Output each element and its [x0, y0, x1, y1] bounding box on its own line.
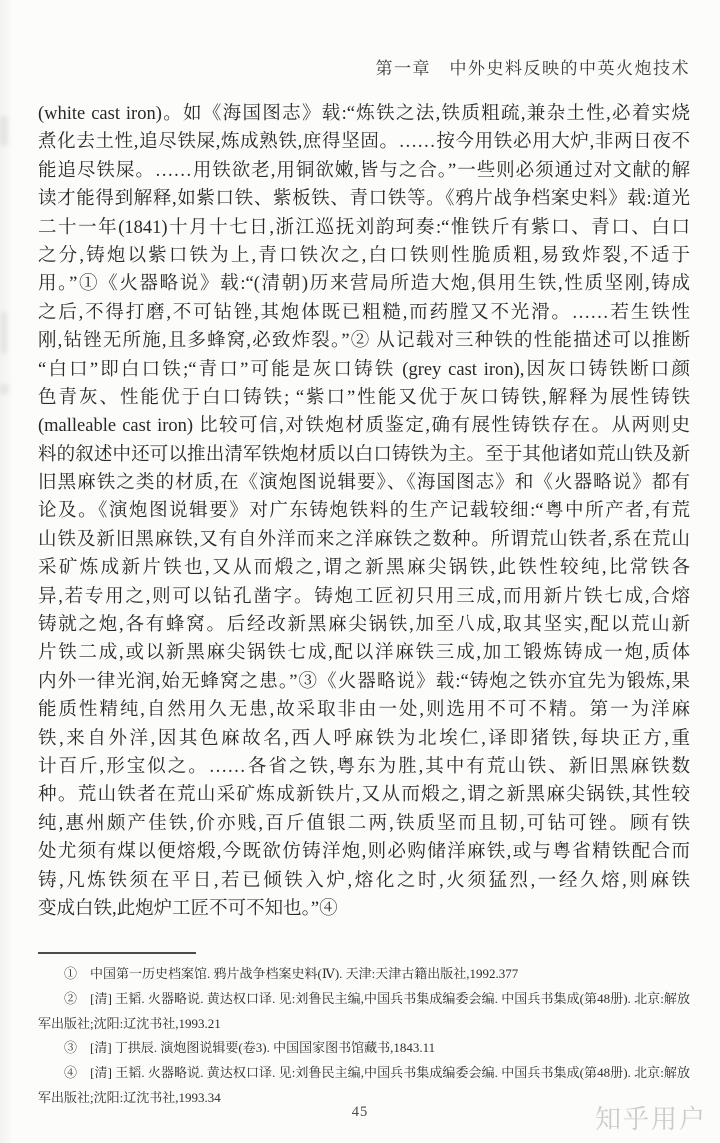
body-text-line: 料的叙述中还可以推出清军铁炮材质以白口铸铁为主。至于其他诸如荒山铁及新: [38, 441, 690, 469]
body-text-line: 铸就之炮,各有蜂窝。后经改新黑麻尖锅铁,加至八成,取其坚实,配以荒山新: [38, 611, 690, 639]
body-text-line: 旧黑麻铁之类的材质,在《演炮图说辑要》、《海国图志》和《火器略说》都有: [38, 469, 690, 497]
scan-smudge: [0, 384, 9, 394]
body-text-line: 论及。《演炮图说辑要》对广东铸炮铁料的生产记载较细:“粤中所产者,有荒: [38, 497, 690, 525]
body-text-line: 处尤须有煤以便熔煅,今既欲仿铸洋炮,则必购储洋麻铁,或与粤省精铁配合而: [38, 838, 690, 866]
body-text-line: 二十一年(1841)十月十七日,浙江巡抚刘韵珂奏:“惟铁斤有紫口、青口、白口: [38, 214, 690, 242]
body-text-line: 读才能得到解释,如紫口铁、紫板铁、青口铁等。《鸦片战争档案史料》载:道光: [38, 185, 690, 213]
body-text-line: 山铁及新旧黑麻铁,又有自外洋而来之洋麻铁之数种。所谓荒山铁者,系在荒山: [38, 526, 690, 554]
body-text-line: (white cast iron)。如《海国图志》载:“炼铁之法,铁质粗疏,兼杂…: [38, 100, 690, 128]
body-text-line: 内外一律光润,始无蜂窝之患。”③《火器略说》载:“铸炮之铁亦宜先为锻炼,果: [38, 668, 690, 696]
scan-smudge: [1, 312, 7, 354]
footnote-separator: [38, 952, 196, 954]
body-text-line: 变成白铁,此炮炉工匠不可不知也。”④: [38, 895, 690, 923]
footnote-item: ③ [清] 丁拱辰. 演炮图说辑要(卷3). 中国国家图书馆藏书,1843.11: [38, 1036, 690, 1061]
body-text-line: 之分,铸炮以紫口铁为上,青口铁次之,白口铁则性脆质粗,易致炸裂,不适于: [38, 242, 690, 270]
body-text-line: 计百斤,形宝似之。……各省之铁,粤东为胜,其中有荒山铁、新旧黑麻铁数: [38, 753, 690, 781]
body-text-line: 用。”①《火器略说》载:“(清朝)历来营局所造大炮,俱用生铁,性质坚刚,铸成: [38, 270, 690, 298]
body-text-line: 能追尽铁屎。……用铁欲老,用铜欲嫩,皆与之合。”一些则必须通过对文献的解: [38, 157, 690, 185]
scan-smudge: [0, 116, 8, 146]
footnote-item: ② [清] 王韬. 火器略说. 黄达权口译. 见:刘鲁民主编,中国兵书集成编委会…: [38, 987, 690, 1037]
footnote-item: ① 中国第一历史档案馆. 鸦片战争档案史料(Ⅳ). 天津:天津古籍出版社,199…: [38, 962, 690, 987]
body-text-line: 刚,钻锉无所施,且多蜂窝,必致炸裂。”② 从记载对三种铁的性能描述可以推断: [38, 327, 690, 355]
body-text-line: 铸,凡炼铁须在平日,若已倾铁入炉,熔化之时,火须猛烈,一经久熔,则麻铁: [38, 867, 690, 895]
body-text-line: 采矿炼成新片铁也,又从而煅之,谓之新黑麻尖锅铁,此铁性较纯,比常铁各: [38, 554, 690, 582]
body-text-line: “白口”即白口铁;“青口”可能是灰口铸铁 (grey cast iron),因灰…: [38, 356, 690, 384]
body-text-line: 种。荒山铁者在荒山采矿炼成新铁片,又从而煅之,谓之新黑麻尖锅铁,其性较: [38, 781, 690, 809]
body-text-line: 能质性精纯,自然用久无患,故采取非由一处,则选用不可不精。第一为洋麻: [38, 696, 690, 724]
body-text-line: 煮化去土性,追尽铁屎,炼成熟铁,庶得坚固。……按今用铁必用大炉,非两日夜不: [38, 128, 690, 156]
body-text-line: 异,若专用之,则可以钻孔凿字。铸炮工匠初只用三成,而用新片铁七成,合熔: [38, 583, 690, 611]
body-text-line: 之后,不得打磨,不可钻锉,其炮体既已粗糙,而药膛又不光滑。……若生铁性: [38, 299, 690, 327]
watermark: 知乎用户: [595, 1099, 707, 1136]
scan-edge-shadow: [0, 0, 13, 1143]
body-text-line: 铁,来自外洋,因其色麻故名,西人呼麻铁为北埃仁,译即猪铁,每块正方,重: [38, 725, 690, 753]
footnotes: ① 中国第一历史档案馆. 鸦片战争档案史料(Ⅳ). 天津:天津古籍出版社,199…: [38, 962, 690, 1111]
body-text-line: 片铁二成,或以新黑麻尖锅铁七成,配以洋麻铁三成,加工锻炼铸成一炮,质体: [38, 639, 690, 667]
body-text: (white cast iron)。如《海国图志》载:“炼铁之法,铁质粗疏,兼杂…: [38, 100, 690, 923]
body-text-line: 纯,惠州颇产佳铁,价亦贱,百斤值银二两,铁质坚而且韧,可钻可锉。顾有铁: [38, 810, 690, 838]
scanned-book-page: 第一章 中外史料反映的中英火炮技术 (white cast iron)。如《海国…: [0, 0, 720, 1143]
body-text-line: 色青灰、性能优于白口铸铁; “紫口”性能又优于灰口铸铁,解释为展性铸铁: [38, 384, 690, 412]
chapter-header: 第一章 中外史料反映的中英火炮技术: [376, 54, 691, 79]
body-text-line: (malleable cast iron) 比较可信,对铁炮材质鉴定,确有展性铸…: [38, 412, 690, 440]
